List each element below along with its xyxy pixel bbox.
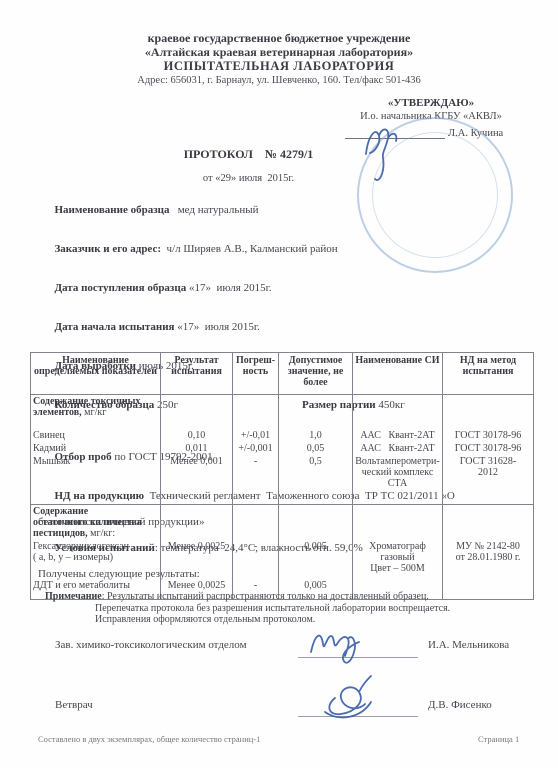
table-row-arsenic: Мышьяк Менее 0,001 - 0,5 Вольтамперометр…	[31, 455, 534, 490]
protocol-title: ПРОТОКОЛ № 4279/1	[0, 147, 497, 162]
cell-indicator: Гексахлорциклогексан ( a, b, y – изомеры…	[31, 540, 161, 575]
cell-si	[353, 579, 443, 592]
table-header-row: Наименование определяемых показателей Ре…	[31, 353, 534, 395]
field-sample-name: Наименование образца мед натуральный	[38, 191, 543, 230]
cell-si: Хроматограф газовый Цвет – 500М	[353, 540, 443, 575]
spacer-row	[31, 490, 534, 504]
protocol-date: от «29» июля 2015г.	[0, 173, 497, 184]
cell-limit: 1,0	[279, 429, 353, 442]
signer1-name: И.А. Мельникова	[428, 639, 509, 651]
field-receive-date: Дата поступления образца «17» июля 2015г…	[38, 269, 543, 308]
cell-si: Вольтамперометри- ческий комплекс СТА	[353, 455, 443, 490]
results-table: Наименование определяемых показателей Ре…	[30, 352, 534, 600]
note-line2: Перепечатка протокола без разрешения исп…	[95, 603, 525, 615]
cell-method: МУ № 2142-80 от 28.01.1980 г.	[443, 540, 534, 575]
cell-method: ГОСТ 30178-96	[443, 442, 534, 455]
note-block: Примечание: Результаты испытаний распрос…	[45, 591, 525, 626]
cell-result: 0,10	[161, 429, 233, 442]
fisenko-signature-icon	[315, 672, 397, 720]
header-result: Результат испытания	[161, 353, 233, 395]
footer-copies-note: Составлено в двух экземплярах, общее кол…	[38, 734, 260, 744]
protocol-document-page: краевое государственное бюджетное учрежд…	[0, 0, 558, 768]
lab-title: ИСПЫТАТЕЛЬНАЯ ЛАБОРАТОРИЯ	[0, 59, 558, 74]
signer2-role: Ветврач	[55, 699, 93, 711]
cell-result: Менее 0,0025	[161, 540, 233, 575]
header-si: Наименование СИ	[353, 353, 443, 395]
approval-title: «УТВЕРЖДАЮ»	[345, 97, 517, 110]
table-row-ddt: ДДТ и его метаболиты Менее 0,0025 - 0,00…	[31, 579, 534, 592]
section2-title-row: Содержание остаточного количества пестиц…	[31, 504, 534, 540]
section1-unit: мг/кг	[82, 407, 107, 418]
signer2-name: Д.В. Фисенко	[428, 699, 492, 711]
table-row-cadmium: Кадмий 0,011 +/-0,001 0,05 ААС Квант-2АТ…	[31, 442, 534, 455]
cell-error: +/-0,001	[233, 442, 279, 455]
org-header: краевое государственное бюджетное учрежд…	[0, 31, 558, 87]
header-indicator: Наименование определяемых показателей	[31, 353, 161, 395]
section1-title-row: Содержание токсичных элементов, мг/кг	[31, 395, 534, 420]
spacer-row	[31, 419, 534, 429]
cell-limit: 0,05	[279, 442, 353, 455]
cell-result: Менее 0,0025	[161, 579, 233, 592]
cell-si: ААС Квант-2АТ	[353, 442, 443, 455]
field-test-start-date: Дата начала испытания «17» июля 2015г.	[38, 308, 543, 347]
cell-limit: 0,005	[279, 540, 353, 575]
cell-method: ГОСТ 30178-96	[443, 429, 534, 442]
cell-result: 0,011	[161, 442, 233, 455]
cell-error: -	[233, 540, 279, 575]
table-row-lead: Свинец 0,10 +/-0,01 1,0 ААС Квант-2АТ ГО…	[31, 429, 534, 442]
section2-unit: мг/кг:	[88, 528, 115, 539]
header-limit: Допустимое значение, не более	[279, 353, 353, 395]
cell-limit: 0,005	[279, 579, 353, 592]
header-error: Погреш-ность	[233, 353, 279, 395]
note-line1: Примечание: Результаты испытаний распрос…	[45, 591, 525, 603]
results-table-wrap: Наименование определяемых показателей Ре…	[30, 352, 533, 600]
cell-method: ГОСТ 31628- 2012	[443, 455, 534, 490]
cell-si: ААС Квант-2АТ	[353, 429, 443, 442]
melnikova-signature-icon	[305, 616, 397, 668]
org-name-line2: «Алтайская краевая ветеринарная лаборато…	[0, 45, 558, 59]
field-customer: Заказчик и его адрес: ч/л Ширяев А.В., К…	[38, 230, 543, 269]
org-name-line1: краевое государственное бюджетное учрежд…	[0, 31, 558, 45]
header-method: НД на метод испытания	[443, 353, 534, 395]
page-number: Страница 1	[478, 734, 519, 744]
cell-method	[443, 579, 534, 592]
cell-indicator: Свинец	[31, 429, 161, 442]
cell-indicator: Мышьяк	[31, 455, 161, 490]
signer1-role: Зав. химико-токсикологическим отделом	[55, 639, 247, 651]
cell-indicator: ДДТ и его метаболиты	[31, 579, 161, 592]
cell-error: +/-0,01	[233, 429, 279, 442]
cell-indicator: Кадмий	[31, 442, 161, 455]
lab-address: Адрес: 656031, г. Барнаул, ул. Шевченко,…	[0, 74, 558, 87]
cell-result: Менее 0,001	[161, 455, 233, 490]
cell-limit: 0,5	[279, 455, 353, 490]
cell-error: -	[233, 579, 279, 592]
table-row-hch: Гексахлорциклогексан ( a, b, y – изомеры…	[31, 540, 534, 575]
cell-error: -	[233, 455, 279, 490]
